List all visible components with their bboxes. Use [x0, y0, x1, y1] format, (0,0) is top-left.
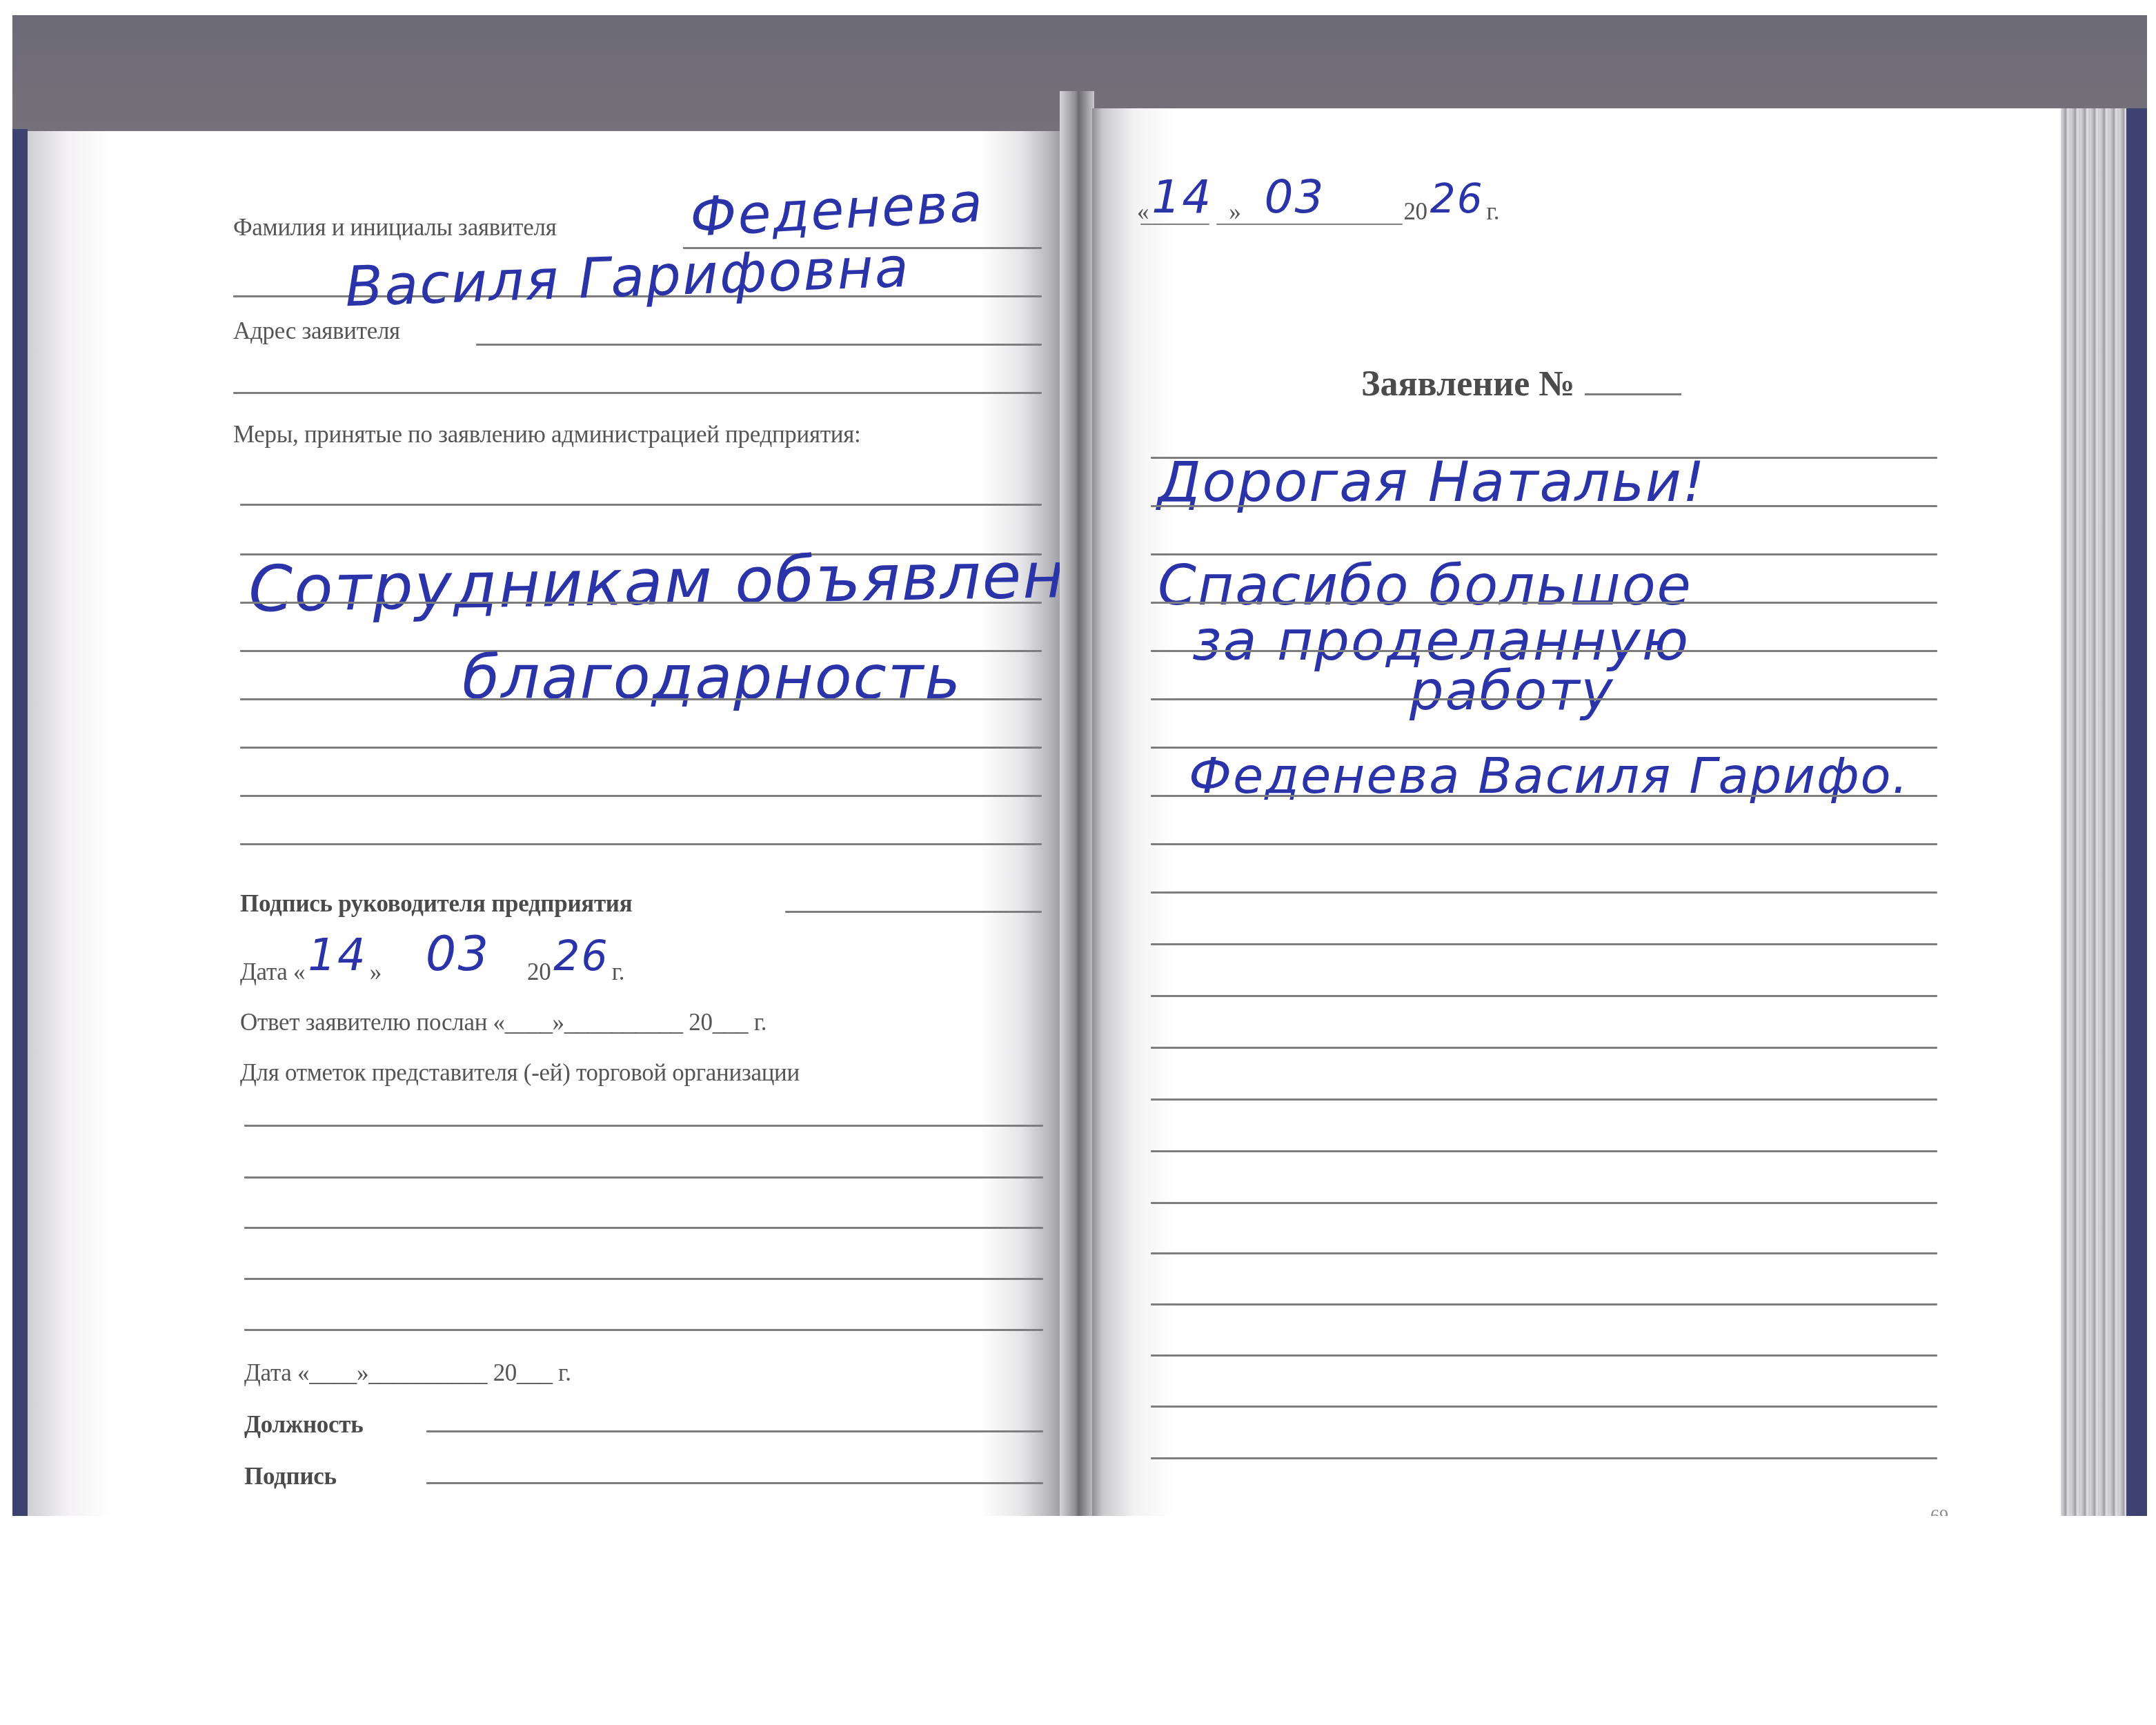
statement-line-6: [1151, 698, 1937, 700]
notes-line-3: [244, 1227, 1043, 1229]
measures-line-3: [240, 602, 1042, 604]
statement-line-2: [1151, 505, 1937, 507]
notes-line-4: [244, 1278, 1043, 1280]
measures-line-1: [240, 504, 1042, 506]
head-signature-label: Подпись руководителя предприятия: [240, 890, 632, 918]
notes-line-5: [244, 1329, 1043, 1331]
statement-title: Заявление №: [1361, 364, 1575, 404]
handwritten-head-date-day: 14: [308, 930, 366, 981]
handwritten-measures-line-2: благодарность: [462, 642, 962, 713]
statement-title-row: Заявление №: [1361, 364, 1681, 404]
handwritten-head-date-month: 03: [426, 925, 490, 982]
notes-line-2: [244, 1176, 1043, 1179]
statement-date-month-line: [1216, 224, 1403, 225]
head-signature-line: [785, 911, 1042, 913]
statement-date-g: г.: [1487, 198, 1500, 225]
handwritten-head-date-year: 26: [553, 932, 609, 980]
book-scan: Фамилия и инициалы заявителя Феденева Ва…: [12, 15, 2147, 1516]
statement-line-17: [1151, 1252, 1937, 1254]
handwritten-statement-line-4: работу: [1410, 660, 1614, 722]
applicant-address-line: [476, 344, 1042, 346]
statement-line-21: [1151, 1457, 1937, 1459]
measures-label: Меры, принятые по заявлению администраци…: [233, 421, 860, 448]
statement-line-19: [1151, 1354, 1937, 1357]
handwritten-statement-date-month: 03: [1264, 170, 1325, 224]
head-date-year-prefix: 20: [527, 958, 551, 985]
statement-line-5: [1151, 650, 1937, 652]
head-date-row: Дата « 14 » 03 20 26 г.: [240, 935, 624, 976]
signature-label: Подпись: [244, 1463, 337, 1490]
statement-line-13: [1151, 1047, 1937, 1049]
reply-sent-label: Ответ заявителю послан «____»__________ …: [240, 1009, 767, 1036]
position-line: [426, 1430, 1043, 1432]
handwritten-statement-date-year: 26: [1430, 175, 1484, 222]
statement-line-8: [1151, 795, 1937, 797]
statement-date-close-quote: »: [1229, 198, 1240, 225]
statement-date-day-line: [1140, 224, 1209, 225]
notes-line-1: [244, 1125, 1043, 1127]
measures-line-7: [240, 795, 1042, 797]
statement-line-10: [1151, 891, 1937, 894]
position-label: Должность: [244, 1411, 363, 1439]
book-cover-right-edge: [2126, 108, 2147, 1516]
org-rep-notes-label: Для отметок представителя (-ей) торговой…: [240, 1059, 800, 1087]
right-page: « 14 » 03 20 26 г. Заявление № Дорогая Н…: [1092, 108, 2061, 1516]
statement-line-11: [1151, 943, 1937, 945]
statement-line-4: [1151, 602, 1937, 604]
head-date-g: г.: [612, 958, 625, 985]
statement-line-14: [1151, 1098, 1937, 1101]
statement-line-12: [1151, 995, 1937, 997]
signature-line: [426, 1482, 1043, 1484]
statement-line-20: [1151, 1406, 1937, 1408]
statement-number-field: [1585, 393, 1681, 395]
handwritten-measures-line-1: Сотрудникам объявлена: [248, 538, 1106, 627]
applicant-name-label: Фамилия и инициалы заявителя: [233, 214, 557, 241]
head-date-prefix: Дата «: [240, 958, 305, 985]
measures-line-5: [240, 698, 1042, 700]
book-spine-gutter: [1060, 91, 1094, 1516]
page-number: 69: [1930, 1506, 1948, 1516]
head-date-quote: »: [370, 958, 382, 985]
book-cover-left-edge: [12, 129, 28, 1516]
measures-line-8: [240, 843, 1042, 845]
statement-line-9: [1151, 843, 1937, 845]
rep-date-label: Дата «____»__________ 20___ г.: [244, 1359, 571, 1387]
statement-line-16: [1151, 1202, 1937, 1204]
left-page: Фамилия и инициалы заявителя Феденева Ва…: [28, 131, 1062, 1516]
applicant-address-label: Адрес заявителя: [233, 317, 400, 345]
handwritten-statement-date-day: 14: [1151, 170, 1212, 224]
measures-line-6: [240, 747, 1042, 749]
applicant-address-line-2: [233, 392, 1042, 394]
book-fore-edge: [2061, 108, 2126, 1516]
statement-date-open-quote: «: [1137, 198, 1149, 225]
statement-line-18: [1151, 1303, 1937, 1305]
statement-date-year-prefix: 20: [1403, 198, 1427, 225]
statement-line-15: [1151, 1150, 1937, 1152]
handwritten-applicant-given-names: Василя Гарифовна: [344, 235, 911, 319]
